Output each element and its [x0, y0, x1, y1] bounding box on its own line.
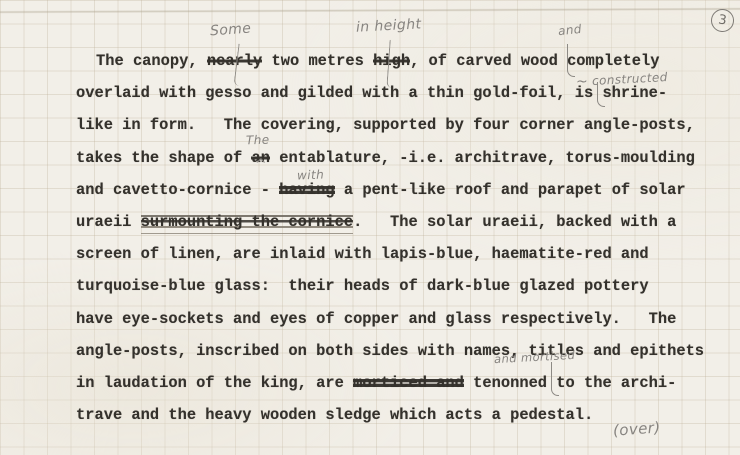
typed-text: a pent-like roof and parapet of solar	[335, 181, 686, 199]
typed-text: and cavetto-cornice -	[76, 181, 279, 199]
insertion-stroke	[567, 44, 575, 77]
tilde-mark: ~	[576, 74, 588, 90]
typed-text: trave and the heavy wooden sledge which …	[76, 406, 593, 424]
page-number-value: 3	[717, 12, 727, 28]
typed-text: have eye-sockets and eyes of copper and …	[76, 310, 676, 328]
annotation-with: with	[297, 168, 325, 183]
struck-text: morticed and	[353, 367, 464, 399]
struck-text: surmounting the cornice	[141, 206, 353, 238]
insertion-stroke	[551, 362, 559, 396]
typed-line: have eye-sockets and eyes of copper and …	[76, 303, 726, 335]
typed-line: in laudation of the king, are morticed a…	[76, 367, 726, 399]
typescript-page: 3 The canopy, nearly two metres high, of…	[0, 0, 740, 455]
annotation-some: Some	[209, 21, 251, 40]
typed-line: angle-posts, inscribed on both sides wit…	[76, 335, 726, 367]
typed-line: takes the shape of an entablature, -i.e.…	[76, 142, 726, 174]
paper-crease	[0, 7, 740, 13]
typed-text: in laudation of the king, are	[76, 374, 353, 392]
typed-text: two metres	[262, 52, 373, 70]
typed-line: screen of linen, are inlaid with lapis-b…	[76, 238, 726, 270]
page-number: 3	[710, 8, 736, 34]
typed-text: , of carved wood completely	[410, 52, 659, 70]
typed-text: The canopy,	[96, 52, 207, 70]
typed-text: uraeii	[76, 213, 141, 231]
typed-line: uraeii surmounting the cornice. The sola…	[76, 206, 726, 238]
caret-mark: ^	[255, 157, 267, 173]
annotation-and: and	[557, 22, 582, 38]
insertion-stroke	[597, 82, 605, 107]
annotation-the: The	[246, 133, 270, 148]
typed-text: . The solar uraeii, backed with a	[353, 213, 676, 231]
annotation-in-height: in height	[356, 16, 422, 35]
typed-text: entablature, -i.e. architrave, torus-mou…	[270, 149, 695, 167]
typed-text: tenonned to the archi-	[464, 374, 676, 392]
over-note: (over)	[612, 418, 661, 439]
typed-text: turquoise-blue glass: their heads of dar…	[76, 277, 649, 295]
typed-line: like in form. The covering, supported by…	[76, 109, 726, 141]
typed-text: angle-posts, inscribed on both sides wit…	[76, 342, 704, 360]
typed-line: and cavetto-cornice - having a pent-like…	[76, 174, 726, 206]
typed-text-block: The canopy, nearly two metres high, of c…	[76, 45, 726, 431]
typed-text: screen of linen, are inlaid with lapis-b…	[76, 245, 649, 263]
typed-line: turquoise-blue glass: their heads of dar…	[76, 270, 726, 302]
typed-text: takes the shape of	[76, 149, 251, 167]
typed-text: like in form. The covering, supported by…	[76, 116, 695, 134]
